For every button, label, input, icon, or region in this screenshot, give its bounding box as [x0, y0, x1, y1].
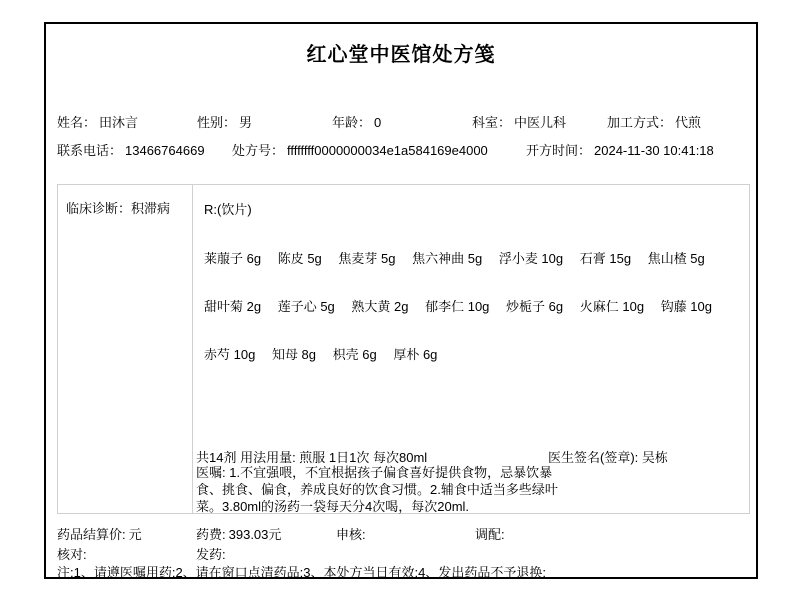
prescription-time-field: 开方时间：2024-11-30 10:41:18	[526, 140, 714, 159]
phone-value: 13466764669	[125, 143, 205, 158]
doctor-signature-name: 吴栋	[642, 450, 668, 465]
footer-note: 注:1、请遵医嘱用药;2、请在窗口点清药品;3、本处方当日有效;4、发出药品不予…	[57, 562, 546, 581]
medicine-item: 焦麦芽 5g	[338, 251, 395, 266]
medicine-item: 枳壳 6g	[333, 347, 377, 362]
processing-method-field: 加工方式：代煎	[607, 112, 701, 131]
processing-method-label: 加工方式：	[607, 115, 672, 130]
patient-name-field: 姓名：田沐言	[57, 112, 138, 131]
diagnosis-label: 临床诊断：	[66, 201, 131, 216]
dispense-label: 调配:	[475, 527, 505, 542]
medicine-line-3: 赤芍 10g 知母 8g 枳壳 6g 厚朴 6g	[204, 344, 450, 363]
medicine-item: 厚朴 6g	[393, 347, 437, 362]
phone-field: 联系电话：13466764669	[57, 140, 205, 159]
phone-label: 联系电话：	[57, 143, 122, 158]
prescription-number-field: 处方号：ffffffff0000000034e1a584169e4000	[232, 140, 488, 159]
prescription-number-label: 处方号：	[232, 143, 284, 158]
diagnosis-value: 积滞病	[131, 201, 170, 216]
patient-gender-field: 性别：男	[197, 112, 252, 131]
patient-age-value: 0	[374, 115, 381, 130]
footer-row-2: 核对: 发药:	[46, 544, 756, 561]
check-field: 核对:	[57, 544, 90, 563]
medicine-item: 知母 8g	[272, 347, 316, 362]
prescription-time-label: 开方时间：	[526, 143, 591, 158]
patient-info-row-2: 联系电话：13466764669 处方号：ffffffff0000000034e…	[46, 140, 756, 157]
medicine-line-1: 莱菔子 6g 陈皮 5g 焦麦芽 5g 焦六神曲 5g 浮小麦 10g 石膏 1…	[204, 248, 718, 267]
prescription-number-value: ffffffff0000000034e1a584169e4000	[287, 143, 488, 158]
medicine-item: 浮小麦 10g	[499, 251, 563, 266]
settlement-price-label: 药品结算价:	[57, 527, 126, 542]
issue-label: 发药:	[196, 547, 226, 562]
footer-row-1: 药品结算价:元 药费:393.03元 申核: 调配:	[46, 524, 756, 541]
medicine-item: 莲子心 5g	[278, 299, 335, 314]
patient-age-label: 年龄：	[332, 115, 371, 130]
diagnosis-cell: 临床诊断：积滞病	[58, 185, 193, 513]
patient-name-value: 田沐言	[99, 115, 138, 130]
medicine-item: 火麻仁 10g	[580, 299, 644, 314]
prescription-sheet: 红心堂中医馆处方笺 姓名：田沐言 性别：男 年龄：0 科室：中医儿科 加工方式：…	[44, 22, 758, 579]
medicine-fee-label: 药费:	[196, 527, 226, 542]
patient-gender-value: 男	[239, 115, 252, 130]
department-label: 科室：	[472, 115, 511, 130]
issue-field: 发药:	[196, 544, 229, 563]
patient-age-field: 年龄：0	[332, 112, 381, 131]
medicine-item: 炒栀子 6g	[506, 299, 563, 314]
patient-gender-label: 性别：	[197, 115, 236, 130]
medicine-fee-value: 393.03元	[229, 527, 282, 542]
medicine-item: 莱菔子 6g	[204, 251, 261, 266]
department-field: 科室：中医儿科	[472, 112, 566, 131]
doctor-signature-label: 医生签名(签章):	[548, 450, 642, 465]
medicine-item: 焦六神曲 5g	[412, 251, 482, 266]
review-label: 申核:	[336, 527, 366, 542]
page-title: 红心堂中医馆处方笺	[46, 38, 756, 67]
review-field: 申核:	[336, 524, 369, 543]
medicine-line-2: 甜叶菊 2g 莲子心 5g 熟大黄 2g 郁李仁 10g 炒栀子 6g 火麻仁 …	[204, 296, 725, 315]
prescription-body-box: 临床诊断：积滞病 R:(饮片) 莱菔子 6g 陈皮 5g 焦麦芽 5g 焦六神曲…	[57, 184, 750, 514]
medicine-item: 钩藤 10g	[661, 299, 712, 314]
settlement-price-value: 元	[129, 527, 142, 542]
prescription-time-value: 2024-11-30 10:41:18	[594, 143, 714, 158]
rx-header: R:(饮片)	[204, 199, 252, 218]
department-value: 中医儿科	[514, 115, 566, 130]
medicine-item: 甜叶菊 2g	[204, 299, 261, 314]
medicine-item: 赤芍 10g	[204, 347, 255, 362]
processing-method-value: 代煎	[675, 115, 701, 130]
medicine-item: 陈皮 5g	[278, 251, 322, 266]
patient-info-row-1: 姓名：田沐言 性别：男 年龄：0 科室：中医儿科 加工方式：代煎	[46, 112, 756, 129]
medicine-item: 郁李仁 10g	[425, 299, 489, 314]
check-label: 核对:	[57, 547, 87, 562]
medicine-fee-field: 药费:393.03元	[196, 524, 281, 543]
medicine-item: 石膏 15g	[580, 251, 631, 266]
medicine-item: 熟大黄 2g	[351, 299, 408, 314]
footer-note-row: 注:1、请遵医嘱用药;2、请在窗口点清药品;3、本处方当日有效;4、发出药品不予…	[46, 562, 756, 579]
medical-advice: 医嘱: 1.不宜强喂，不宜根据孩子偏食喜好提供食物，忌暴饮暴食、挑食、偏食，养成…	[196, 464, 578, 515]
medicine-item: 焦山楂 5g	[648, 251, 705, 266]
settlement-price-field: 药品结算价:元	[57, 524, 142, 543]
dispense-field: 调配:	[475, 524, 508, 543]
patient-name-label: 姓名：	[57, 115, 96, 130]
